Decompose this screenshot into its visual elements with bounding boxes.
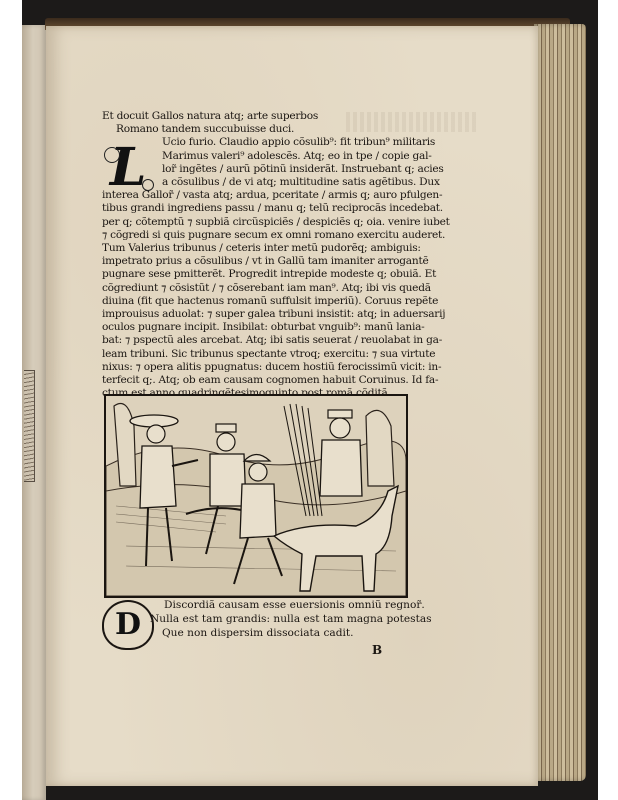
decorated-initial-L: L <box>100 141 156 195</box>
body-line: pugnare sese pmitterẽt. Progredit intrep… <box>102 268 402 281</box>
body-line: bat: ⁊ pspectũ ales arcebat. Atq; ibi sa… <box>102 334 402 347</box>
main-text: Et docuit Gallos natura atq; arte superb… <box>102 110 402 400</box>
facing-woodcut-edge <box>24 370 35 482</box>
body-line: ⁊ cõgredi si quis pugnare secum ex omni … <box>102 229 402 242</box>
body-line: diuina (fit que hactenus romanũ suffulsi… <box>102 295 402 308</box>
verse-block: D Discordiã causam esse euersionis omniũ… <box>102 598 422 640</box>
body-line: impetrato prius a cõsulibus / vt in Gall… <box>102 255 402 268</box>
body-line: cõgrediunt ⁊ cõsistũt / ⁊ cõserebant iam… <box>102 282 402 295</box>
body-line: terfecit q;. Atq; ob eam causam cognomen… <box>102 374 402 387</box>
body-line: Tum Valerius tribunus / ceteris inter me… <box>102 242 402 255</box>
heading-line-1: Et docuit Gallos natura atq; arte superb… <box>102 110 402 123</box>
page-fore-edge <box>534 24 586 781</box>
body-line: tibus grandi ingrediens passu / manu q; … <box>102 202 402 215</box>
woodcut-scene-icon <box>106 396 406 596</box>
woodcut-illustration <box>104 394 408 598</box>
signature-mark: B <box>372 643 382 657</box>
body-line: leam tribuni. Sic tribunus spectante vtr… <box>102 348 402 361</box>
facing-leaf-edge <box>22 25 46 800</box>
verse-line: Discordiã causam esse euersionis omniũ r… <box>102 598 422 612</box>
body-line: oculos pugnare incipit. Insibilat: obtur… <box>102 321 402 334</box>
body-line: improuisus aduolat: ⁊ super galea tribun… <box>102 308 402 321</box>
book-page: Et docuit Gallos natura atq; arte superb… <box>46 26 538 786</box>
heading-line-2: Romano tandem succubuisse duci. <box>102 123 402 136</box>
body-line: nixus: ⁊ opera alitis ppugnatus: ducem h… <box>102 361 402 374</box>
body-line: per q; cõtemptũ ⁊ supbiã circũspiciẽs / … <box>102 216 402 229</box>
decorated-initial-D: D <box>102 600 154 650</box>
